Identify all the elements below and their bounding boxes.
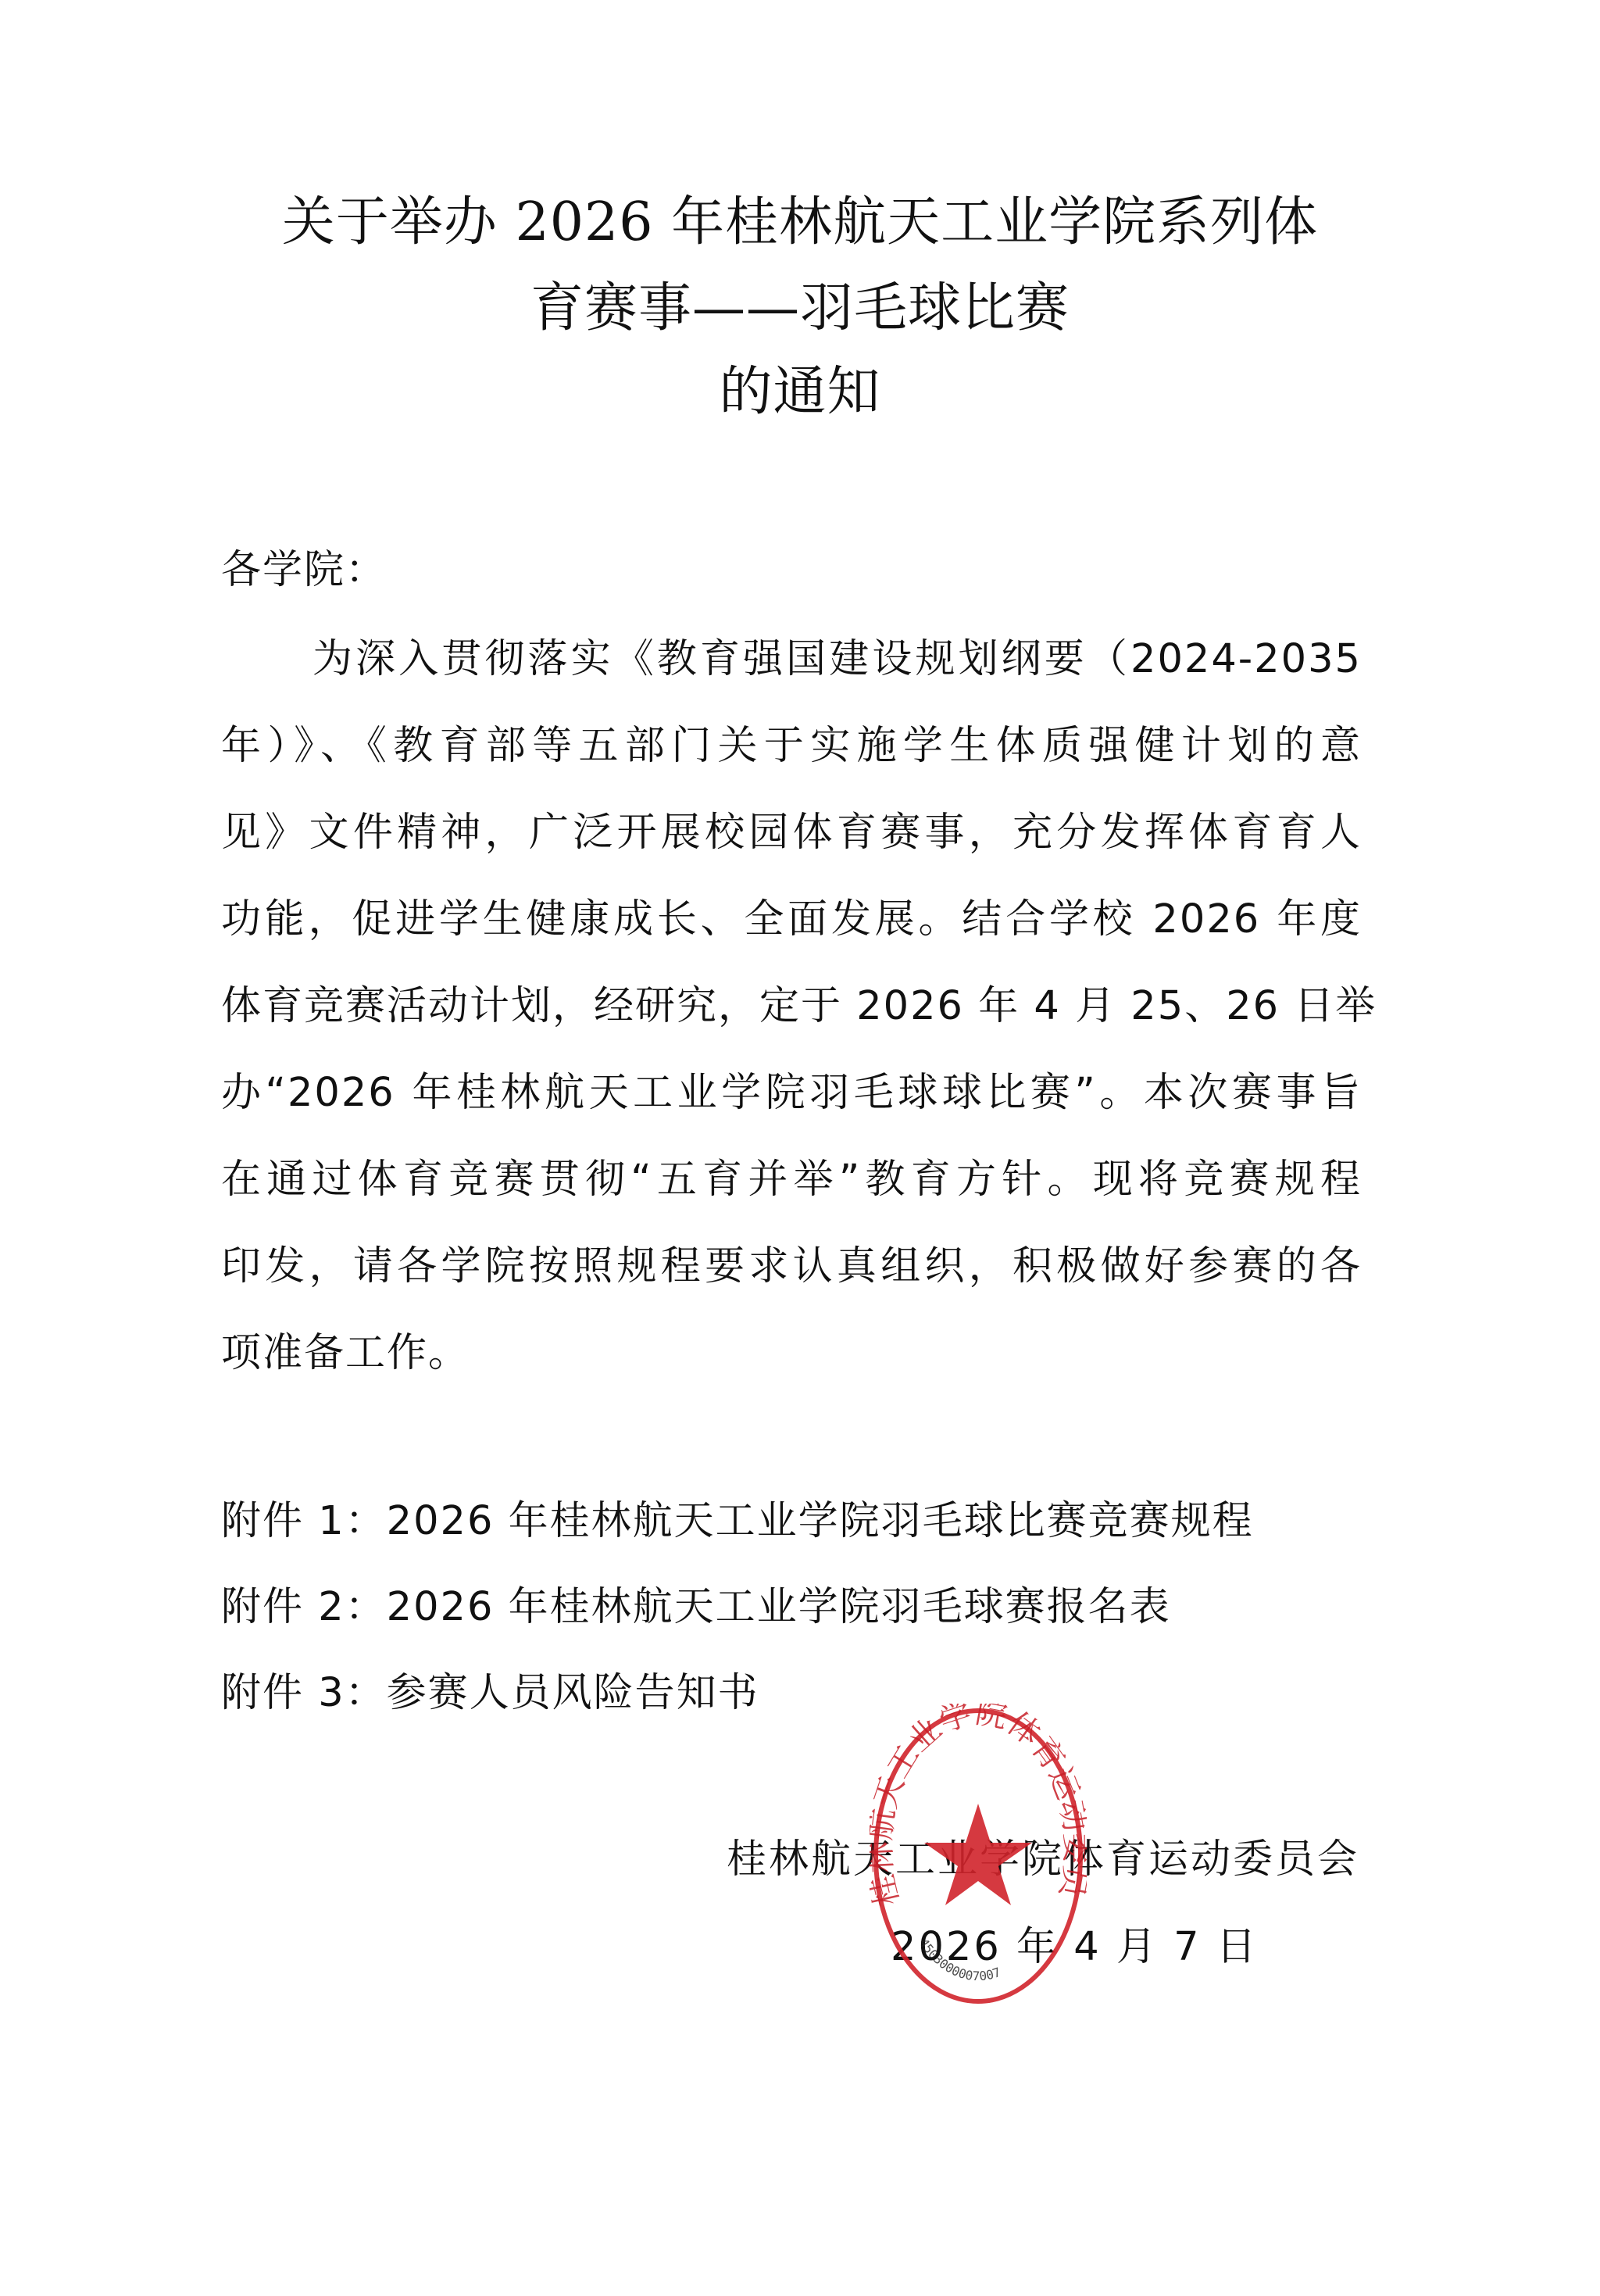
- salutation: 各学院：: [221, 547, 1362, 594]
- attachment-2: 附件 2：2026 年桂林航天工业学院羽毛球赛报名表: [221, 1584, 1362, 1631]
- document-page: 关于举办 2026 年桂林航天工业学院系列体 育赛事——羽毛球比赛 的通知 各学…: [0, 0, 1600, 2296]
- body-line: 办“2026 年桂林航天工业学院羽毛球球比赛”。本次赛事旨: [221, 1070, 1362, 1117]
- signer: 桂林航天工业学院体育运动委员会: [703, 1836, 1359, 1883]
- title-line-3: 的通知: [0, 361, 1600, 424]
- body-line: 体育竞赛活动计划，经研究，定于 2026 年 4 月 25、26 日举: [221, 983, 1362, 1030]
- body-line: 印发，请各学院按照规程要求认真组织，积极做好参赛的各: [221, 1243, 1362, 1290]
- body-line: 年）》、《教育部等五部门关于实施学生体质强健计划的意: [221, 723, 1362, 770]
- body-line: 为深入贯彻落实《教育强国建设规划纲要（2024-2035: [312, 636, 1362, 683]
- body-line: 项准备工作。: [221, 1330, 1362, 1377]
- title-line-2: 育赛事——羽毛球比赛: [0, 277, 1600, 340]
- title-line-1: 关于举办 2026 年桂林航天工业学院系列体: [0, 191, 1600, 254]
- issue-date: 2026 年 4 月 7 日: [891, 1924, 1259, 1971]
- attachment-3: 附件 3：参赛人员风险告知书: [221, 1670, 1362, 1717]
- attachment-1: 附件 1：2026 年桂林航天工业学院羽毛球比赛竞赛规程: [221, 1498, 1362, 1545]
- body-line: 见》文件精神，广泛开展校园体育赛事，充分发挥体育育人: [221, 810, 1362, 857]
- body-line: 功能，促进学生健康成长、全面发展。结合学校 2026 年度: [221, 896, 1362, 943]
- body-line: 在通过体育竞赛贯彻“五育并举”教育方针。现将竞赛规程: [221, 1157, 1362, 1203]
